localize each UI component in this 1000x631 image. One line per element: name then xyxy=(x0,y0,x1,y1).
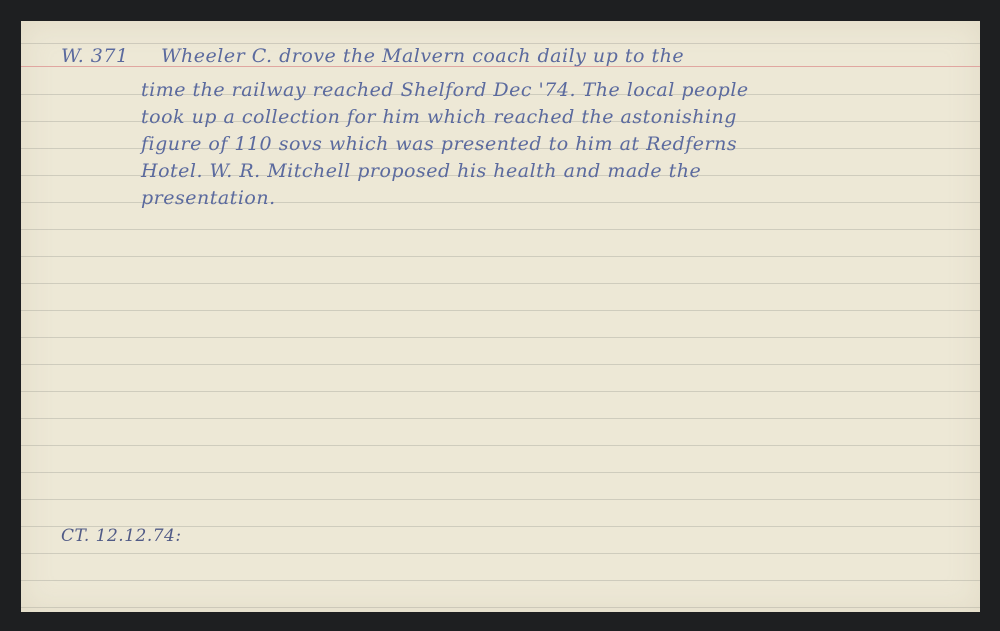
source-citation: CT. 12.12.74: xyxy=(61,526,182,546)
text-line-1: Wheeler C. drove the Malvern coach daily… xyxy=(161,45,684,67)
text-line-5: Hotel. W. R. Mitchell proposed his healt… xyxy=(141,160,701,182)
index-card: W. 371 Wheeler C. drove the Malvern coac… xyxy=(21,21,980,612)
text-line-2: time the railway reached Shelford Dec '7… xyxy=(141,79,749,101)
card-reference: W. 371 xyxy=(61,45,129,67)
text-line-6: presentation. xyxy=(141,187,276,209)
text-line-3: took up a collection for him which reach… xyxy=(141,106,737,128)
text-line-4: figure of 110 sovs which was presented t… xyxy=(141,133,737,155)
